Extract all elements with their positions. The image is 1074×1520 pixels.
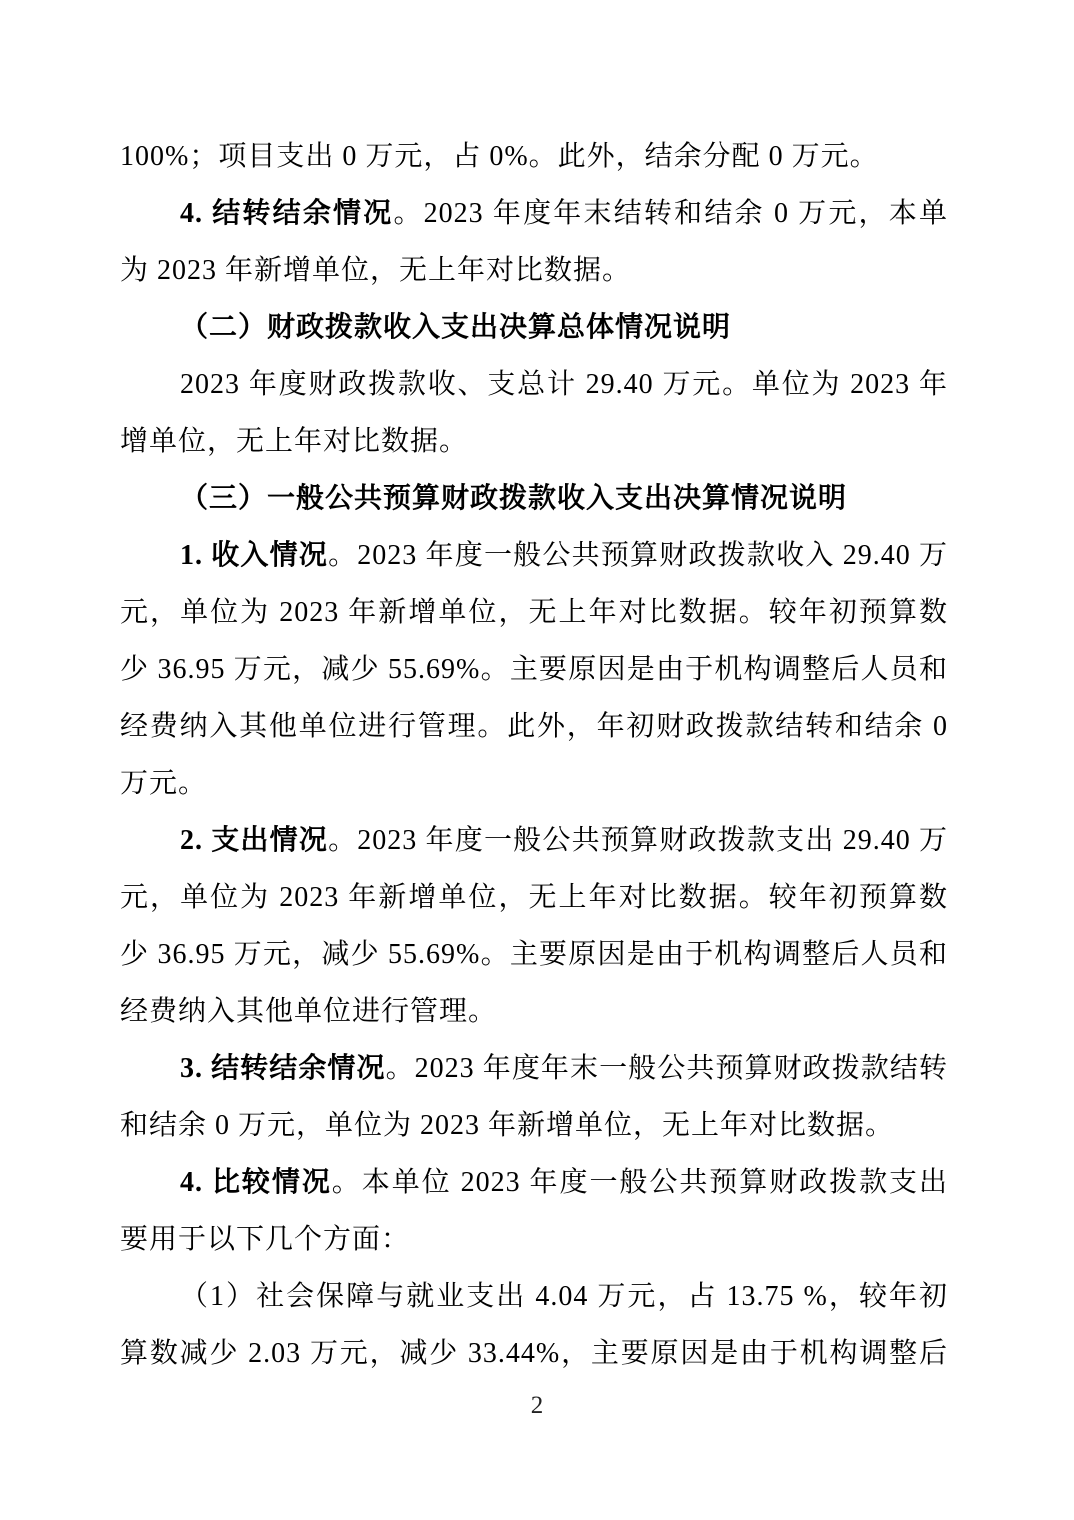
paragraph-line: 少 36.95 万元，减少 55.69%。主要原因是由于机构调整后人员和 [120, 926, 948, 983]
line-text: 少 36.95 万元，减少 55.69%。主要原因是由于机构调整后人员和 [120, 939, 948, 970]
line-text: 。2023 年度一般公共预算财政拨款支出 29.40 万 [328, 825, 948, 856]
paragraph-line: 为 2023 年新增单位，无上年对比数据。 [120, 242, 948, 299]
line-bold-label: （三）一般公共预算财政拨款收入支出决算情况说明 [180, 483, 847, 514]
line-text: 为 2023 年新增单位，无上年对比数据。 [120, 255, 631, 286]
paragraph-line: 和结余 0 万元，单位为 2023 年新增单位，无上年对比数据。 [120, 1097, 948, 1154]
paragraph-line: （1）社会保障与就业支出 4.04 万元，占 13.75 %，较年初预 [120, 1268, 948, 1325]
line-text: 经费纳入其他单位进行管理。此外，年初财政拨款结转和结余 0 [120, 711, 948, 742]
paragraph-line: 4. 比较情况。本单位 2023 年度一般公共预算财政拨款支出主 [120, 1154, 948, 1211]
line-text: 。2023 年度一般公共预算财政拨款收入 29.40 万 [328, 540, 948, 571]
line-bold-label: （二）财政拨款收入支出决算总体情况说明 [180, 312, 731, 343]
line-text: 。2023 年度年末一般公共预算财政拨款结转 [386, 1053, 948, 1084]
line-text: 元，单位为 2023 年新增单位，无上年对比数据。较年初预算数减 [120, 882, 948, 926]
section-heading: （三）一般公共预算财政拨款收入支出决算情况说明 [120, 470, 948, 527]
line-text: 2023 年度财政拨款收、支总计 29.40 万元。单位为 2023 年新 [180, 369, 948, 413]
paragraph-line: 经费纳入其他单位进行管理。 [120, 983, 948, 1040]
line-text: 增单位，无上年对比数据。 [120, 426, 468, 457]
line-text: （1）社会保障与就业支出 4.04 万元，占 13.75 %，较年初预 [180, 1281, 948, 1325]
paragraph-line: 经费纳入其他单位进行管理。此外，年初财政拨款结转和结余 0 [120, 698, 948, 755]
paragraph-line: 元，单位为 2023 年新增单位，无上年对比数据。较年初预算数减 [120, 584, 948, 641]
section-heading: （二）财政拨款收入支出决算总体情况说明 [120, 299, 948, 356]
paragraph-line: 2. 支出情况。2023 年度一般公共预算财政拨款支出 29.40 万 [120, 812, 948, 869]
line-text: 经费纳入其他单位进行管理。 [120, 996, 497, 1027]
paragraph-line: 要用于以下几个方面： [120, 1211, 948, 1268]
line-bold-label: 1. 收入情况 [180, 540, 328, 571]
line-bold-label: 4. 结转结余情况 [180, 198, 393, 229]
line-text: 和结余 0 万元，单位为 2023 年新增单位，无上年对比数据。 [120, 1110, 894, 1141]
page-number: 2 [0, 1386, 1074, 1426]
paragraph-line: 4. 结转结余情况。2023 年度年末结转和结余 0 万元，本单位 [120, 185, 948, 242]
paragraph-line: 3. 结转结余情况。2023 年度年末一般公共预算财政拨款结转 [120, 1040, 948, 1097]
paragraph-line: 1. 收入情况。2023 年度一般公共预算财政拨款收入 29.40 万 [120, 527, 948, 584]
document-page: 100%；项目支出 0 万元，占 0%。此外，结余分配 0 万元。 4. 结转结… [0, 0, 1074, 1520]
line-bold-label: 2. 支出情况 [180, 825, 328, 856]
line-text: 万元。 [120, 768, 207, 799]
line-text: 算数减少 2.03 万元，减少 33.44%，主要原因是由于机构调整后人 [120, 1338, 948, 1382]
line-text: 要用于以下几个方面： [120, 1224, 410, 1255]
paragraph-line: 100%；项目支出 0 万元，占 0%。此外，结余分配 0 万元。 [120, 128, 948, 185]
line-bold-label: 3. 结转结余情况 [180, 1053, 386, 1084]
paragraph-line: 算数减少 2.03 万元，减少 33.44%，主要原因是由于机构调整后人 [120, 1325, 948, 1382]
line-text: 少 36.95 万元，减少 55.69%。主要原因是由于机构调整后人员和 [120, 654, 948, 685]
paragraph-line: 万元。 [120, 755, 948, 812]
paragraph-line: 增单位，无上年对比数据。 [120, 413, 948, 470]
paragraph-line: 少 36.95 万元，减少 55.69%。主要原因是由于机构调整后人员和 [120, 641, 948, 698]
paragraph-line: 2023 年度财政拨款收、支总计 29.40 万元。单位为 2023 年新 [120, 356, 948, 413]
paragraph-line: 元，单位为 2023 年新增单位，无上年对比数据。较年初预算数减 [120, 869, 948, 926]
line-text: 元，单位为 2023 年新增单位，无上年对比数据。较年初预算数减 [120, 597, 948, 641]
line-text: 100%；项目支出 0 万元，占 0%。此外，结余分配 0 万元。 [120, 141, 879, 172]
line-bold-label: 4. 比较情况 [180, 1167, 332, 1198]
